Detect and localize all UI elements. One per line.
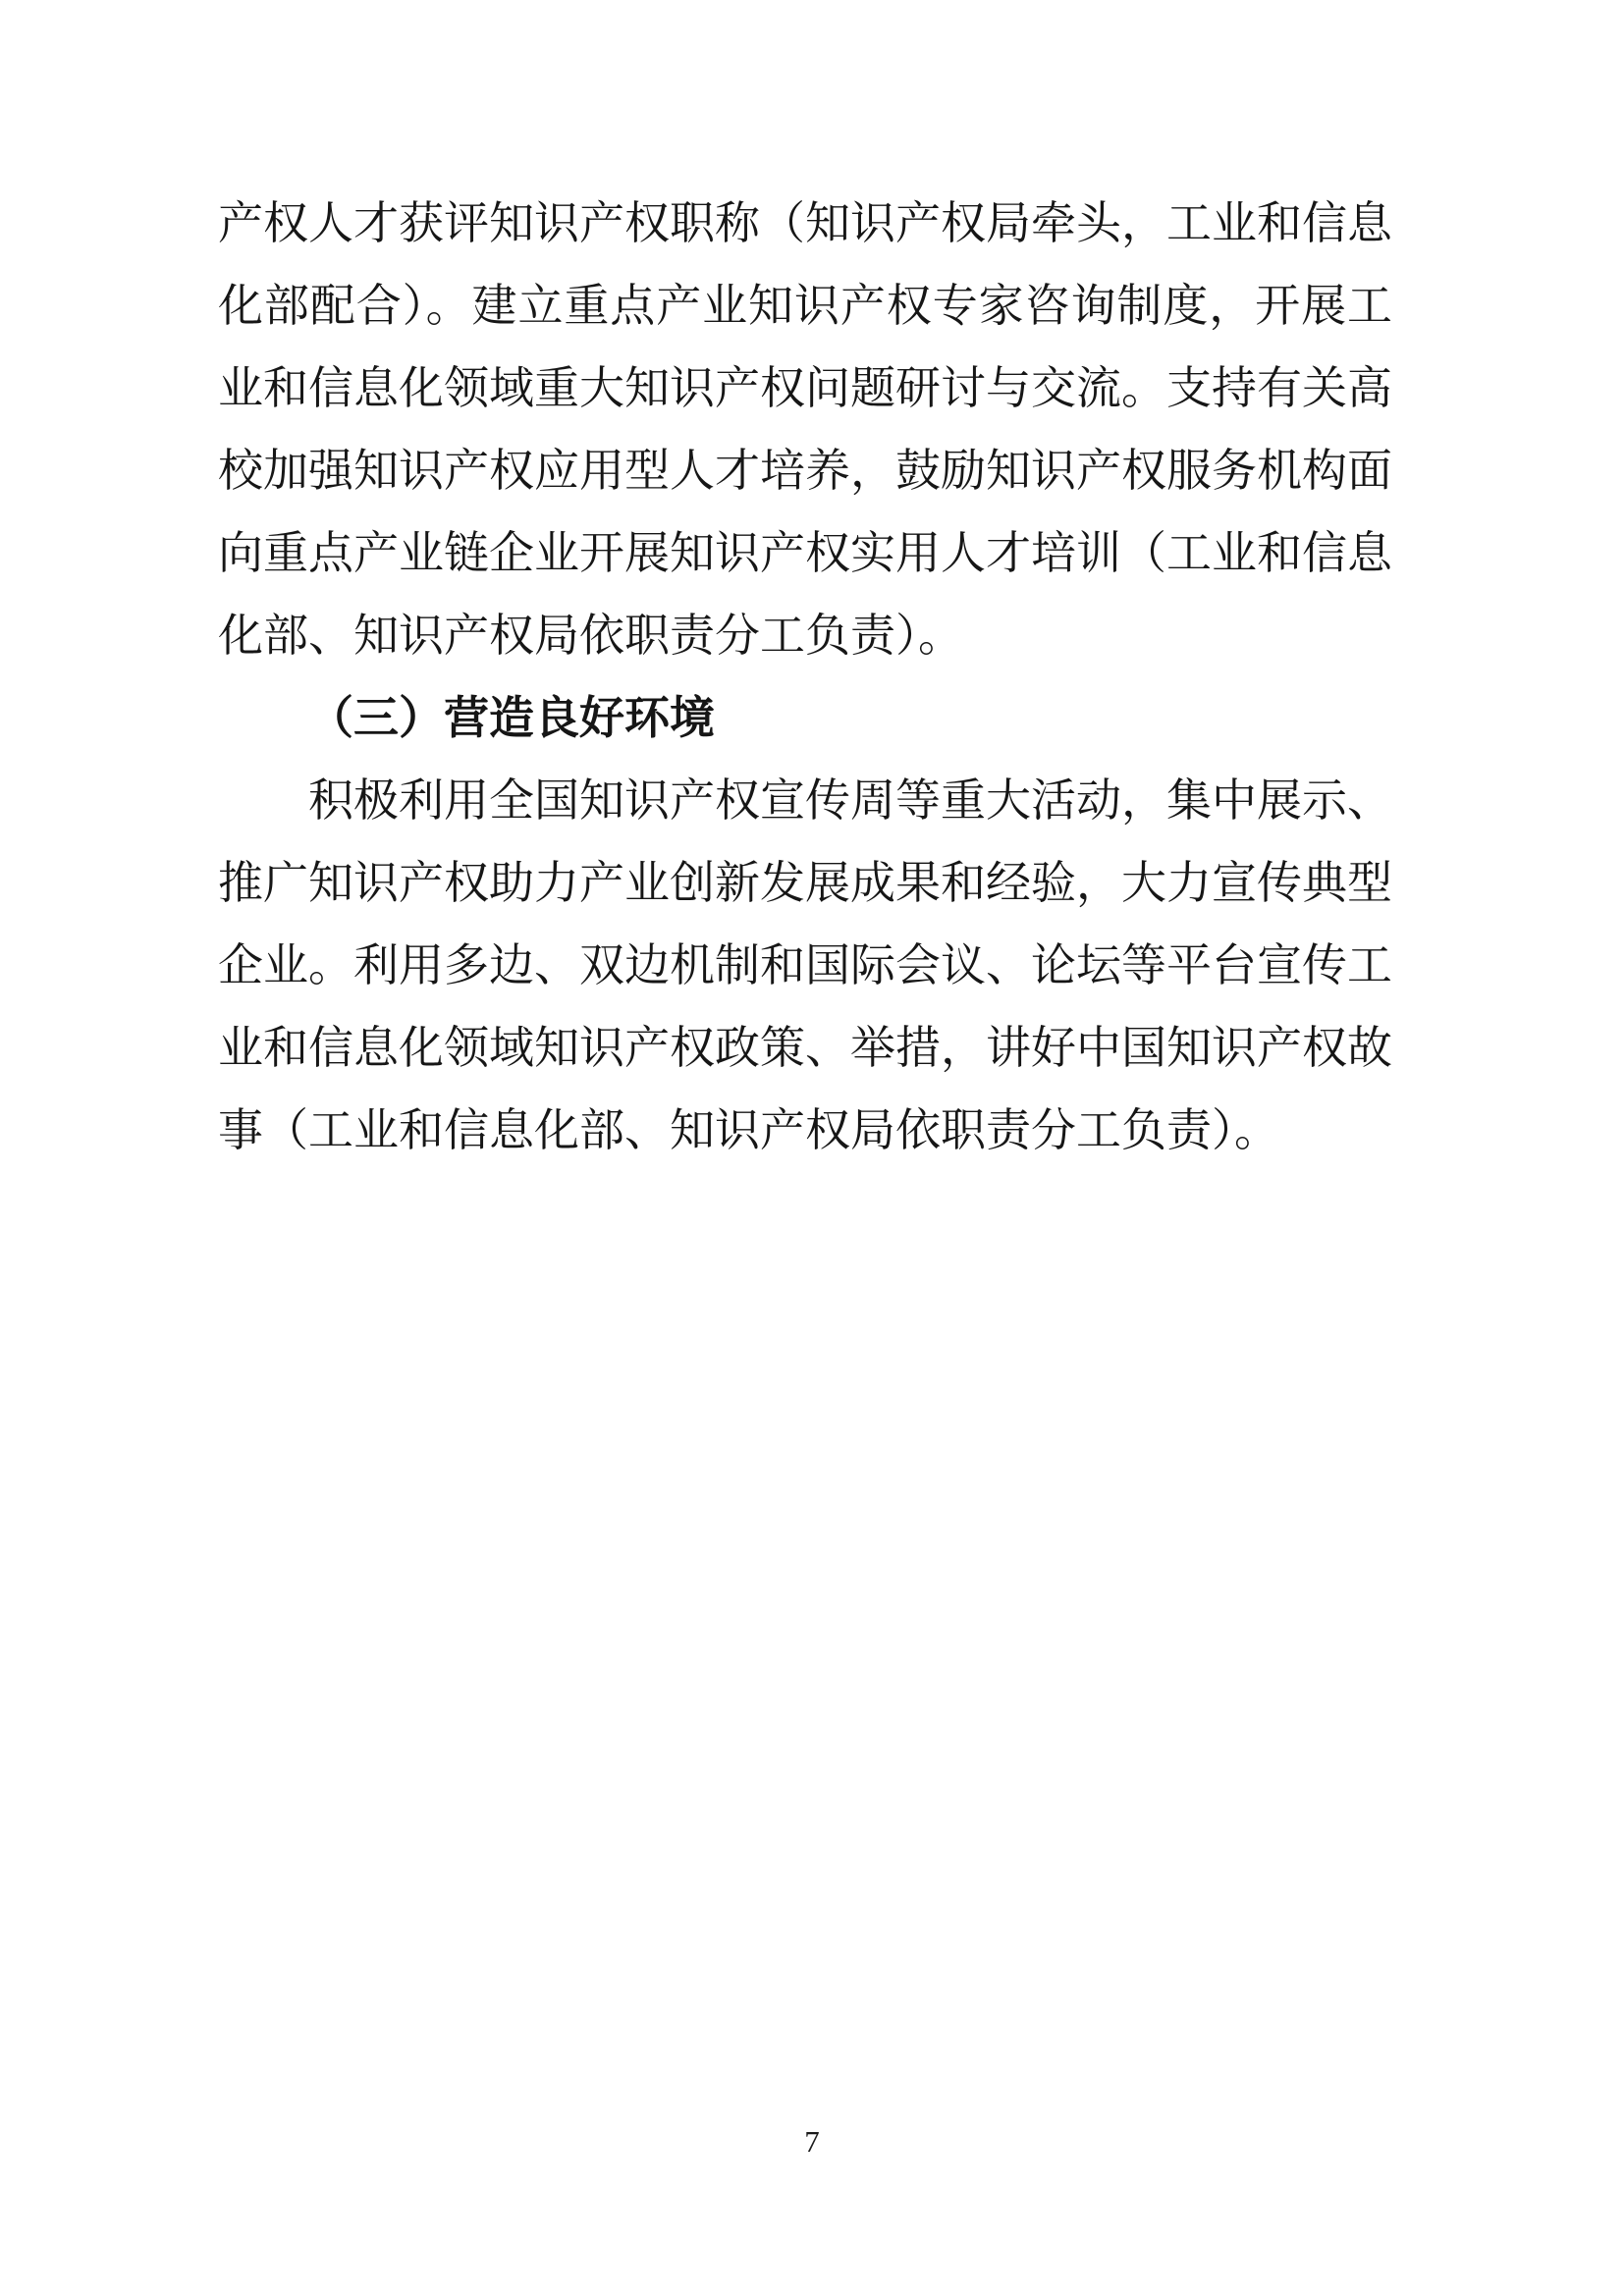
paragraph-continued-from-previous-page: 产权人才获评知识产权职称（知识产权局牵头，工业和信息化部配合）。建立重点产业知识… xyxy=(218,183,1392,677)
page-number: 7 xyxy=(0,2122,1624,2162)
section-heading: （三）营造良好环境 xyxy=(218,677,1392,760)
paragraph-body: 积极利用全国知识产权宣传周等重大活动，集中展示、推广知识产权助力产业创新发展成果… xyxy=(218,760,1392,1172)
document-page: 产权人才获评知识产权职称（知识产权局牵头，工业和信息化部配合）。建立重点产业知识… xyxy=(0,0,1624,2296)
page-body: 产权人才获评知识产权职称（知识产权局牵头，工业和信息化部配合）。建立重点产业知识… xyxy=(218,183,1392,1172)
